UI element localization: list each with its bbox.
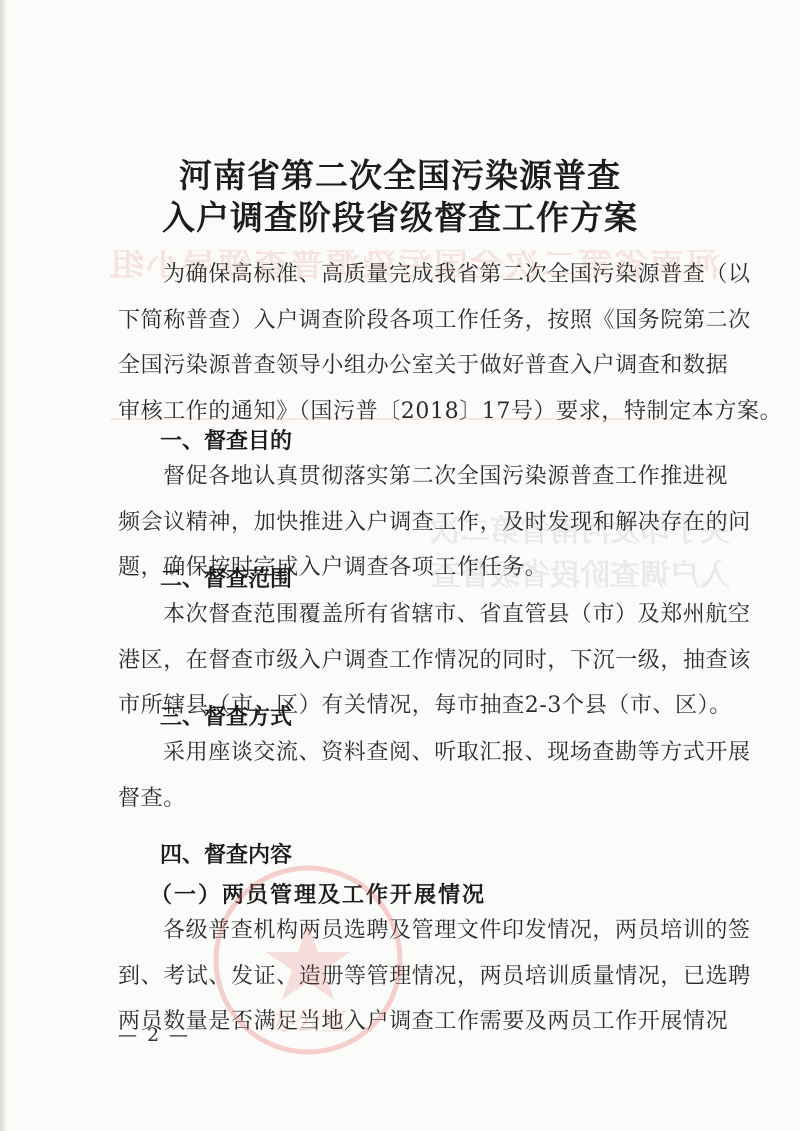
text-line: 到、考试、发证、造册等管理情况，两员培训质量情况，已选聘 [118, 954, 720, 1000]
text-line: 为确保高标准、高质量完成我省第二次全国污染源普查（以 [118, 252, 720, 298]
intro-paragraph: 为确保高标准、高质量完成我省第二次全国污染源普查（以 下简称普查）入户调查阶段各… [118, 252, 720, 434]
section-heading-purpose: 一、督查目的 [160, 424, 292, 455]
section-heading-scope: 二、督查范围 [160, 562, 292, 593]
section-content-paragraph: 各级普查机构两员选聘及管理文件印发情况，两员培训的签 到、考试、发证、造册等管理… [118, 908, 720, 1045]
subsection-heading-staff-management: （一）两员管理及工作开展情况 [150, 878, 486, 909]
section-heading-content: 四、督查内容 [160, 838, 292, 869]
text-line: 督查。 [118, 776, 720, 822]
text-line: 两员数量是否满足当地入户调查工作需要及两员工作开展情况 [118, 999, 720, 1045]
text-line: 各级普查机构两员选聘及管理文件印发情况，两员培训的签 [118, 908, 720, 954]
section-heading-method: 三、督查方式 [160, 700, 292, 731]
document-title-line-1: 河南省第二次全国污染源普查 [0, 150, 800, 197]
text-line: 港区，在督查市级入户调查工作情况的同时，下沉一级，抽查该 [118, 638, 720, 684]
document-page: 河南省第二次全国污染源普查领导小组办公室文件 关于印发河南省第二次全国污染源普查… [0, 0, 800, 1131]
text-line: 督促各地认真贯彻落实第二次全国污染源普查工作推进视 [118, 454, 720, 500]
page-number: — 2 — [118, 1024, 190, 1046]
document-title-line-2: 入户调查阶段省级督查工作方案 [0, 192, 800, 239]
text-line: 下简称普查）入户调查阶段各项工作任务，按照《国务院第二次 [118, 298, 720, 344]
section-method-paragraph: 采用座谈交流、资料查阅、听取汇报、现场查勘等方式开展 督查。 [118, 730, 720, 821]
text-line: 采用座谈交流、资料查阅、听取汇报、现场查勘等方式开展 [118, 730, 720, 776]
text-line: 频会议精神，加快推进入户调查工作，及时发现和解决存在的问 [118, 500, 720, 546]
text-line: 全国污染源普查领导小组办公室关于做好普查入户调查和数据 [118, 343, 720, 389]
text-line: 本次督查范围覆盖所有省辖市、省直管县（市）及郑州航空 [118, 592, 720, 638]
